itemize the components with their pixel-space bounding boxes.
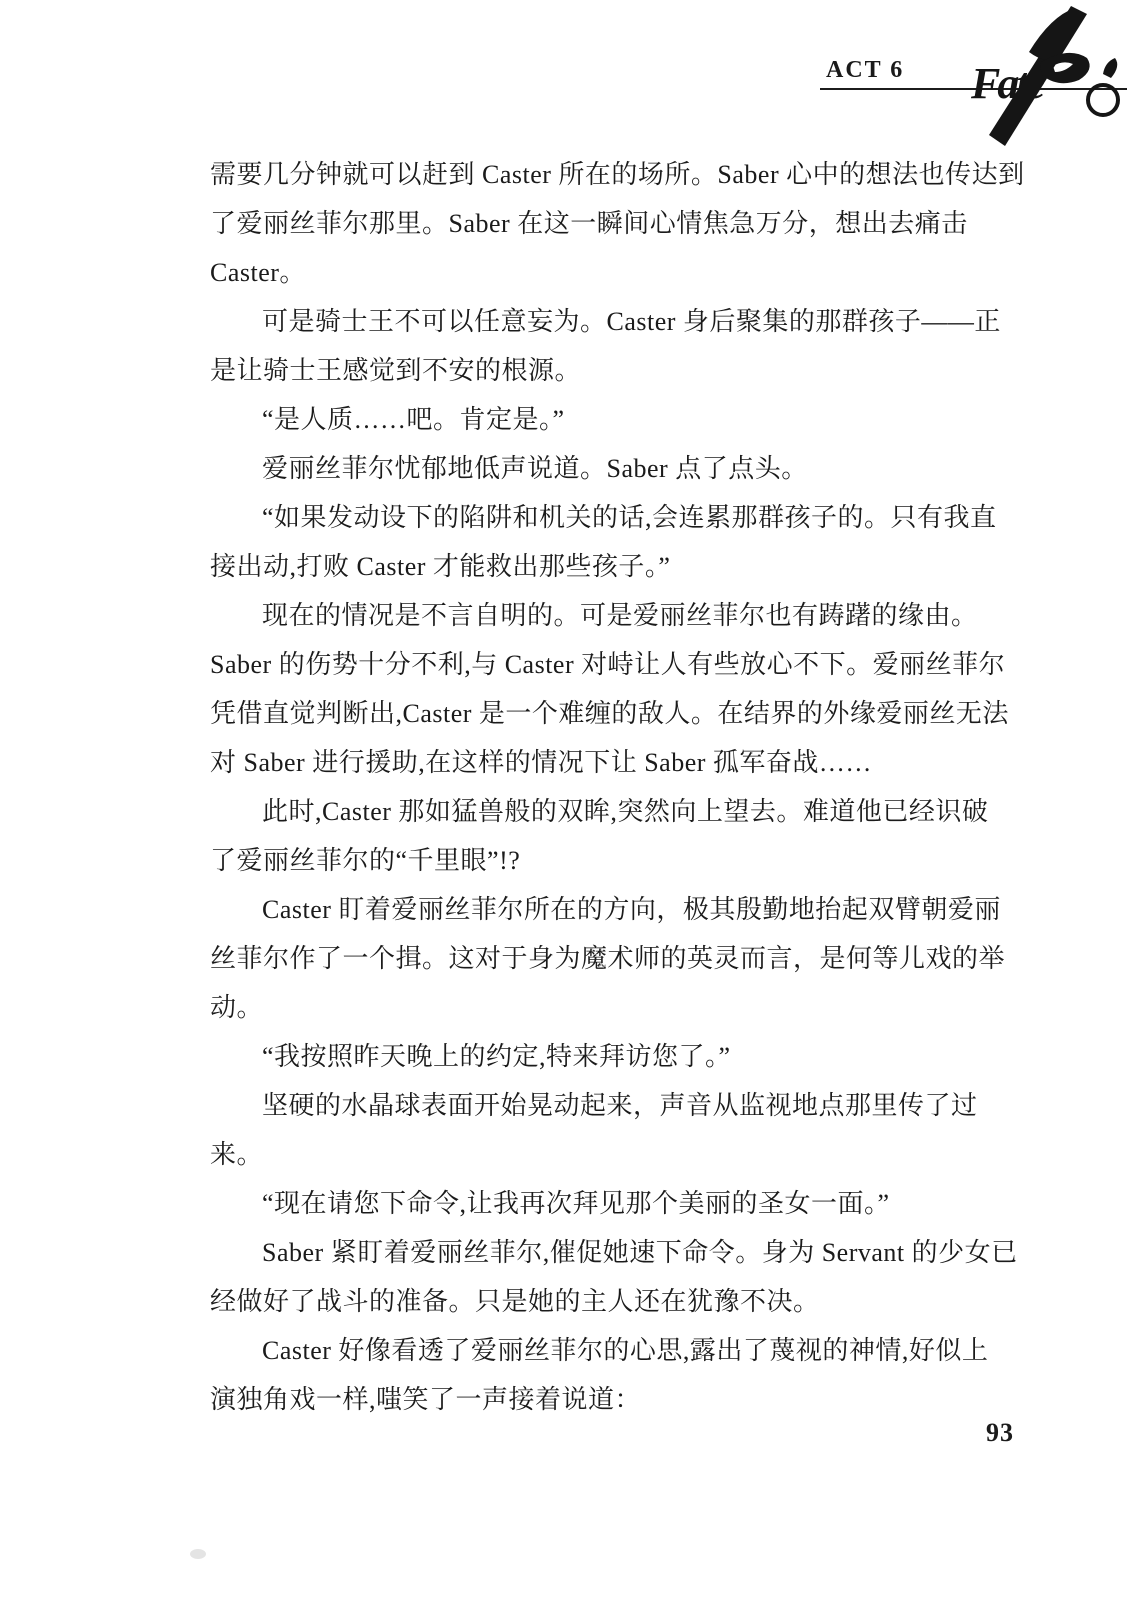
text-line: 对 Saber 进行援助,在这样的情况下让 Saber 孤军奋战……	[210, 738, 992, 787]
text-line: 接出动,打败 Caster 才能救出那些孩子。”	[210, 542, 992, 591]
text-line: 了爱丽丝菲尔的“千里眼”!?	[210, 836, 992, 885]
text-line: 是让骑士王感觉到不安的根源。	[210, 346, 992, 395]
text-line: 了爱丽丝菲尔那里。Saber 在这一瞬间心情焦急万分，想出去痛击	[210, 199, 992, 248]
text-line: 爱丽丝菲尔忧郁地低声说道。Saber 点了点头。	[210, 444, 992, 493]
text-line: 来。	[210, 1130, 992, 1179]
text-line: 可是骑士王不可以任意妄为。Caster 身后聚集的那群孩子——正	[210, 297, 992, 346]
chapter-header: ACT 6	[826, 57, 904, 84]
text-line: 此时,Caster 那如猛兽般的双眸,突然向上望去。难道他已经识破	[210, 787, 992, 836]
book-page: ACT 6 Fate 需要几分钟就可以赶到 Caster 所在的场所。Saber…	[0, 0, 1136, 1624]
text-line: Caster。	[210, 248, 992, 297]
text-line: “是人质……吧。肯定是。”	[210, 395, 992, 444]
text-line: 动。	[210, 983, 992, 1032]
text-line: 坚硬的水晶球表面开始晃动起来，声音从监视地点那里传了过	[210, 1081, 992, 1130]
print-smudge	[190, 1549, 206, 1559]
text-line: “如果发动设下的陷阱和机关的话,会连累那群孩子的。只有我直	[210, 493, 992, 542]
text-line: Saber 的伤势十分不利,与 Caster 对峙让人有些放心不下。爱丽丝菲尔	[210, 640, 992, 689]
text-line: 演独角戏一样,嗤笑了一声接着说道：	[210, 1375, 992, 1424]
text-line: 经做好了战斗的准备。只是她的主人还在犹豫不决。	[210, 1277, 992, 1326]
page-number: 93	[986, 1418, 1014, 1448]
fatezero-logo: Fate	[933, 4, 1133, 152]
text-line: “现在请您下命令,让我再次拜见那个美丽的圣女一面。”	[210, 1179, 992, 1228]
text-line: 丝菲尔作了一个揖。这对于身为魔术师的英灵而言，是何等儿戏的举	[210, 934, 992, 983]
text-line: Saber 紧盯着爱丽丝菲尔,催促她速下命令。身为 Servant 的少女已	[210, 1228, 992, 1277]
text-line: “我按照昨天晚上的约定,特来拜访您了。”	[210, 1032, 992, 1081]
body-text: 需要几分钟就可以赶到 Caster 所在的场所。Saber 心中的想法也传达到了…	[210, 150, 992, 1424]
text-line: 凭借直觉判断出,Caster 是一个难缠的敌人。在结界的外缘爱丽丝无法	[210, 689, 992, 738]
text-line: 需要几分钟就可以赶到 Caster 所在的场所。Saber 心中的想法也传达到	[210, 150, 992, 199]
text-line: 现在的情况是不言自明的。可是爱丽丝菲尔也有踌躇的缘由。	[210, 591, 992, 640]
logo-ring-icon	[1088, 85, 1118, 115]
text-line: Caster 好像看透了爱丽丝菲尔的心思,露出了蔑视的神情,好似上	[210, 1326, 992, 1375]
text-line: Caster 盯着爱丽丝菲尔所在的方向，极其殷勤地抬起双臂朝爱丽	[210, 885, 992, 934]
